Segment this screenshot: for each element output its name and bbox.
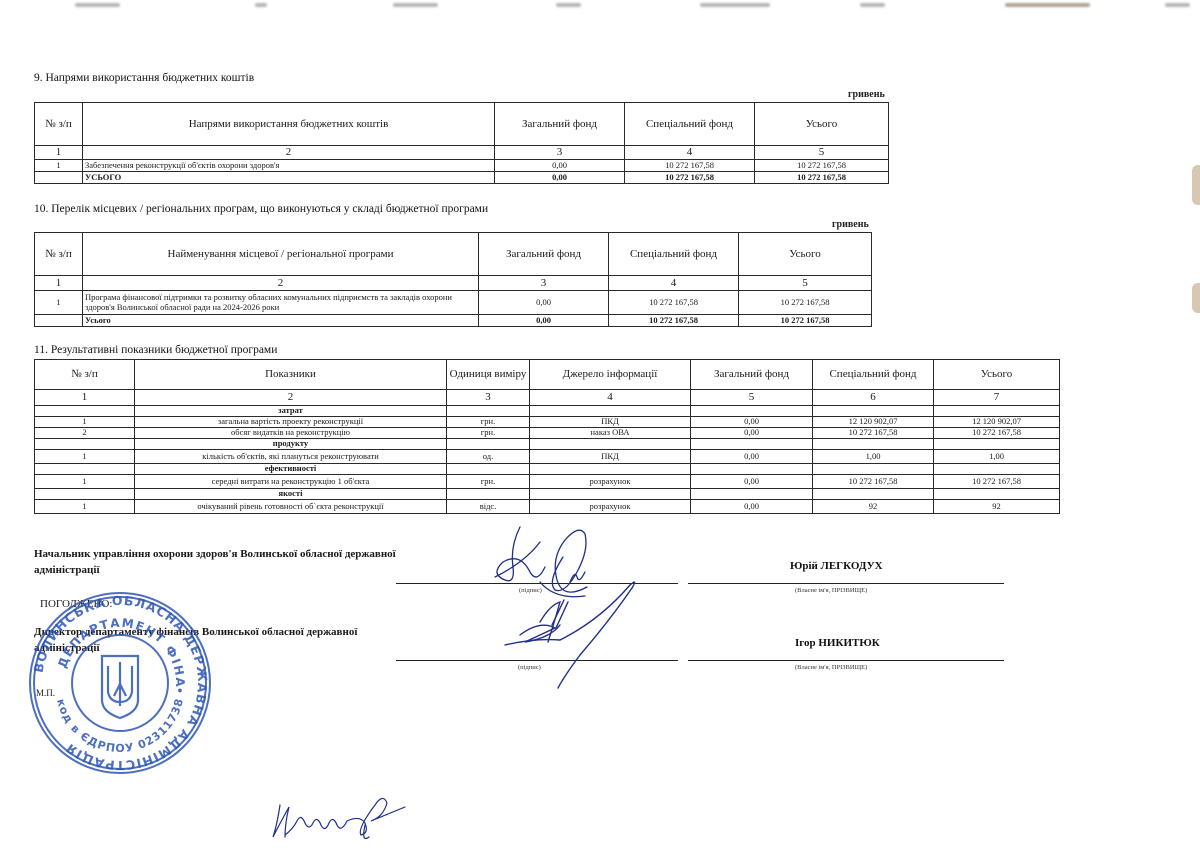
empty-cell bbox=[35, 439, 135, 450]
empty-cell bbox=[813, 489, 934, 500]
column-number: 4 bbox=[530, 390, 691, 406]
section10-unit-label: гривень bbox=[832, 219, 869, 230]
section9-title: 9. Напрями використання бюджетних коштів bbox=[34, 72, 254, 84]
official-stamp: ВОЛИНСЬКА ОБЛАСНА ДЕРЖАВНА АДМІНІСТРАЦІЯ… bbox=[20, 588, 220, 778]
scan-artifacts bbox=[0, 0, 1200, 14]
total-value: 1,00 bbox=[934, 450, 1060, 464]
column-header: Найменування місцевої / регіональної про… bbox=[83, 233, 479, 276]
column-number: 7 bbox=[934, 390, 1060, 406]
row-number: 1 bbox=[35, 417, 135, 428]
total-label: УСЬОГО bbox=[83, 172, 495, 184]
empty-cell bbox=[691, 464, 813, 475]
column-number: 5 bbox=[755, 146, 889, 160]
empty-cell bbox=[530, 489, 691, 500]
general-fund-value: 0,00 bbox=[691, 428, 813, 439]
indicator-group-name: якості bbox=[135, 489, 447, 500]
grand-total: 10 272 167,58 bbox=[739, 315, 872, 327]
scan-smudge bbox=[860, 3, 885, 7]
row-number: 1 bbox=[35, 475, 135, 489]
empty-cell bbox=[447, 406, 530, 417]
director-name-caption: (Власне ім'я, ПРІЗВИЩЕ) bbox=[795, 664, 867, 671]
table-header-row: № з/п Найменування місцевої / регіональн… bbox=[35, 233, 872, 276]
column-header: Загальний фонд bbox=[479, 233, 609, 276]
bottom-handwritten-signature bbox=[265, 785, 415, 845]
indicator-group-row: ефективності bbox=[35, 464, 1060, 475]
head-name-caption: (Власне ім'я, ПРІЗВИЩЕ) bbox=[795, 587, 867, 594]
scan-smudge bbox=[1005, 3, 1090, 7]
column-header: Усього bbox=[739, 233, 872, 276]
paper-edge-mark bbox=[1192, 283, 1200, 313]
general-fund-value: 0,00 bbox=[691, 417, 813, 428]
direction-name: Забезпечення реконструкції об'єктів охор… bbox=[83, 160, 495, 172]
table-row: 1 середні витрати на реконструкцію 1 об'… bbox=[35, 475, 1060, 489]
column-number: 5 bbox=[691, 390, 813, 406]
column-number: 1 bbox=[35, 390, 135, 406]
row-number: 2 bbox=[35, 428, 135, 439]
column-number: 1 bbox=[35, 146, 83, 160]
empty-cell bbox=[35, 406, 135, 417]
trident-icon bbox=[102, 656, 138, 718]
source: ПКД bbox=[530, 417, 691, 428]
source: ПКД bbox=[530, 450, 691, 464]
column-header: Одиниця виміру bbox=[447, 360, 530, 390]
empty-cell bbox=[934, 464, 1060, 475]
column-number: 6 bbox=[813, 390, 934, 406]
scan-smudge bbox=[556, 3, 581, 7]
row-number: 1 bbox=[35, 291, 83, 315]
table-row: 1 Забезпечення реконструкції об'єктів ох… bbox=[35, 160, 889, 172]
section9-unit-label: гривень bbox=[848, 89, 885, 100]
column-number: 3 bbox=[479, 276, 609, 291]
table-total-row: УСЬОГО 0,00 10 272 167,58 10 272 167,58 bbox=[35, 172, 889, 184]
empty-cell bbox=[35, 464, 135, 475]
empty-cell bbox=[691, 406, 813, 417]
general-fund-total: 0,00 bbox=[479, 315, 609, 327]
table-row: 1 кількість об'єктів, які плануться реко… bbox=[35, 450, 1060, 464]
scan-smudge bbox=[75, 3, 120, 7]
column-header: Напрями використання бюджетних коштів bbox=[83, 103, 495, 146]
unit: грн. bbox=[447, 417, 530, 428]
column-header: № з/п bbox=[35, 233, 83, 276]
column-header: Усього bbox=[755, 103, 889, 146]
empty-cell bbox=[934, 489, 1060, 500]
section10-title: 10. Перелік місцевих / регіональних прог… bbox=[34, 203, 488, 215]
scan-smudge bbox=[393, 3, 438, 7]
table-total-row: Усього 0,00 10 272 167,58 10 272 167,58 bbox=[35, 315, 872, 327]
table-row: 1 очікуваний рівень готовності об`єкта р… bbox=[35, 500, 1060, 514]
grand-total: 10 272 167,58 bbox=[755, 172, 889, 184]
column-number: 4 bbox=[609, 276, 739, 291]
row-number: 1 bbox=[35, 450, 135, 464]
column-header: № з/п bbox=[35, 103, 83, 146]
special-fund-value: 10 272 167,58 bbox=[813, 475, 934, 489]
empty-cell bbox=[813, 464, 934, 475]
empty-cell bbox=[35, 489, 135, 500]
scan-smudge bbox=[700, 3, 770, 7]
indicator-group-row: якості bbox=[35, 489, 1060, 500]
empty-cell bbox=[691, 489, 813, 500]
total-value: 10 272 167,58 bbox=[934, 428, 1060, 439]
special-fund-value: 12 120 902,07 bbox=[813, 417, 934, 428]
general-fund-value: 0,00 bbox=[479, 291, 609, 315]
column-header: Спеціальний фонд bbox=[609, 233, 739, 276]
indicator-name: середні витрати на реконструкцію 1 об'єк… bbox=[135, 475, 447, 489]
indicator-name: обсяг видатків на реконструкцію bbox=[135, 428, 447, 439]
general-fund-value: 0,00 bbox=[691, 500, 813, 514]
section11-title: 11. Результативні показники бюджетної пр… bbox=[34, 344, 277, 356]
column-number-row: 1 2 3 4 5 bbox=[35, 276, 872, 291]
empty-cell bbox=[530, 406, 691, 417]
general-fund-total: 0,00 bbox=[495, 172, 625, 184]
unit: грн. bbox=[447, 428, 530, 439]
column-header: Загальний фонд bbox=[691, 360, 813, 390]
column-header: Спеціальний фонд bbox=[625, 103, 755, 146]
empty-cell bbox=[530, 439, 691, 450]
column-header: Спеціальний фонд bbox=[813, 360, 934, 390]
indicator-name: кількість об'єктів, які плануться реконс… bbox=[135, 450, 447, 464]
unit: од. bbox=[447, 450, 530, 464]
column-number: 2 bbox=[83, 276, 479, 291]
empty-cell bbox=[447, 439, 530, 450]
column-number: 3 bbox=[447, 390, 530, 406]
source: наказ ОВА bbox=[530, 428, 691, 439]
table-row: 2 обсяг видатків на реконструкцію грн. н… bbox=[35, 428, 1060, 439]
column-number: 4 bbox=[625, 146, 755, 160]
empty-cell bbox=[691, 439, 813, 450]
total-value: 10 272 167,58 bbox=[739, 291, 872, 315]
column-number-row: 1 2 3 4 5 bbox=[35, 146, 889, 160]
director-handwritten-signature bbox=[500, 580, 650, 690]
section11-table: № з/п Показники Одиниця виміру Джерело і… bbox=[34, 359, 1060, 514]
column-number: 3 bbox=[495, 146, 625, 160]
row-number bbox=[35, 172, 83, 184]
empty-cell bbox=[813, 439, 934, 450]
column-number: 5 bbox=[739, 276, 872, 291]
indicator-group-row: затрат bbox=[35, 406, 1060, 417]
indicator-name: очікуваний рівень готовності об`єкта рек… bbox=[135, 500, 447, 514]
director-name: Ігор НИКИТЮК bbox=[795, 637, 880, 649]
scan-smudge bbox=[255, 3, 267, 7]
indicator-group-name: продукту bbox=[135, 439, 447, 450]
total-value: 92 bbox=[934, 500, 1060, 514]
column-header: Показники bbox=[135, 360, 447, 390]
column-number: 2 bbox=[135, 390, 447, 406]
row-number: 1 bbox=[35, 160, 83, 172]
column-header: Усього bbox=[934, 360, 1060, 390]
table-header-row: № з/п Напрями використання бюджетних кош… bbox=[35, 103, 889, 146]
scan-smudge bbox=[1165, 3, 1190, 7]
general-fund-value: 0,00 bbox=[691, 475, 813, 489]
section10-table: № з/п Найменування місцевої / регіональн… bbox=[34, 232, 872, 327]
head-name-line bbox=[688, 583, 1004, 584]
source: розрахунок bbox=[530, 500, 691, 514]
special-fund-value: 1,00 bbox=[813, 450, 934, 464]
empty-cell bbox=[447, 464, 530, 475]
column-header: Джерело інформації bbox=[530, 360, 691, 390]
special-fund-value: 92 bbox=[813, 500, 934, 514]
special-fund-value: 10 272 167,58 bbox=[813, 428, 934, 439]
column-number: 1 bbox=[35, 276, 83, 291]
empty-cell bbox=[934, 439, 1060, 450]
head-position-title: Начальник управління охорони здоров'я Во… bbox=[34, 547, 404, 579]
empty-cell bbox=[447, 489, 530, 500]
special-fund-value: 10 272 167,58 bbox=[609, 291, 739, 315]
general-fund-value: 0,00 bbox=[495, 160, 625, 172]
indicator-group-name: ефективності bbox=[135, 464, 447, 475]
unit: грн. bbox=[447, 475, 530, 489]
table-row: 1 Програма фінансової підтримки та розви… bbox=[35, 291, 872, 315]
indicator-name: загальна вартість проекту реконструкції bbox=[135, 417, 447, 428]
director-name-line bbox=[688, 660, 1004, 661]
row-number bbox=[35, 315, 83, 327]
row-number: 1 bbox=[35, 500, 135, 514]
source: розрахунок bbox=[530, 475, 691, 489]
column-header: Загальний фонд bbox=[495, 103, 625, 146]
head-name: Юрій ЛЕГКОДУХ bbox=[790, 560, 883, 572]
indicator-group-row: продукту bbox=[35, 439, 1060, 450]
special-fund-total: 10 272 167,58 bbox=[609, 315, 739, 327]
total-value: 10 272 167,58 bbox=[934, 475, 1060, 489]
empty-cell bbox=[530, 464, 691, 475]
empty-cell bbox=[934, 406, 1060, 417]
general-fund-value: 0,00 bbox=[691, 450, 813, 464]
total-label: Усього bbox=[83, 315, 479, 327]
table-header-row: № з/п Показники Одиниця виміру Джерело і… bbox=[35, 360, 1060, 390]
special-fund-value: 10 272 167,58 bbox=[625, 160, 755, 172]
column-number-row: 1 2 3 4 5 6 7 bbox=[35, 390, 1060, 406]
column-header: № з/п bbox=[35, 360, 135, 390]
column-number: 2 bbox=[83, 146, 495, 160]
empty-cell bbox=[813, 406, 934, 417]
total-value: 10 272 167,58 bbox=[755, 160, 889, 172]
total-value: 12 120 902,07 bbox=[934, 417, 1060, 428]
program-name: Програма фінансової підтримки та розвитк… bbox=[83, 291, 479, 315]
paper-edge-mark bbox=[1192, 165, 1200, 205]
table-row: 1 загальна вартість проекту реконструкці… bbox=[35, 417, 1060, 428]
unit: відс. bbox=[447, 500, 530, 514]
indicator-group-name: затрат bbox=[135, 406, 447, 417]
section9-table: № з/п Напрями використання бюджетних кош… bbox=[34, 102, 889, 184]
special-fund-total: 10 272 167,58 bbox=[625, 172, 755, 184]
